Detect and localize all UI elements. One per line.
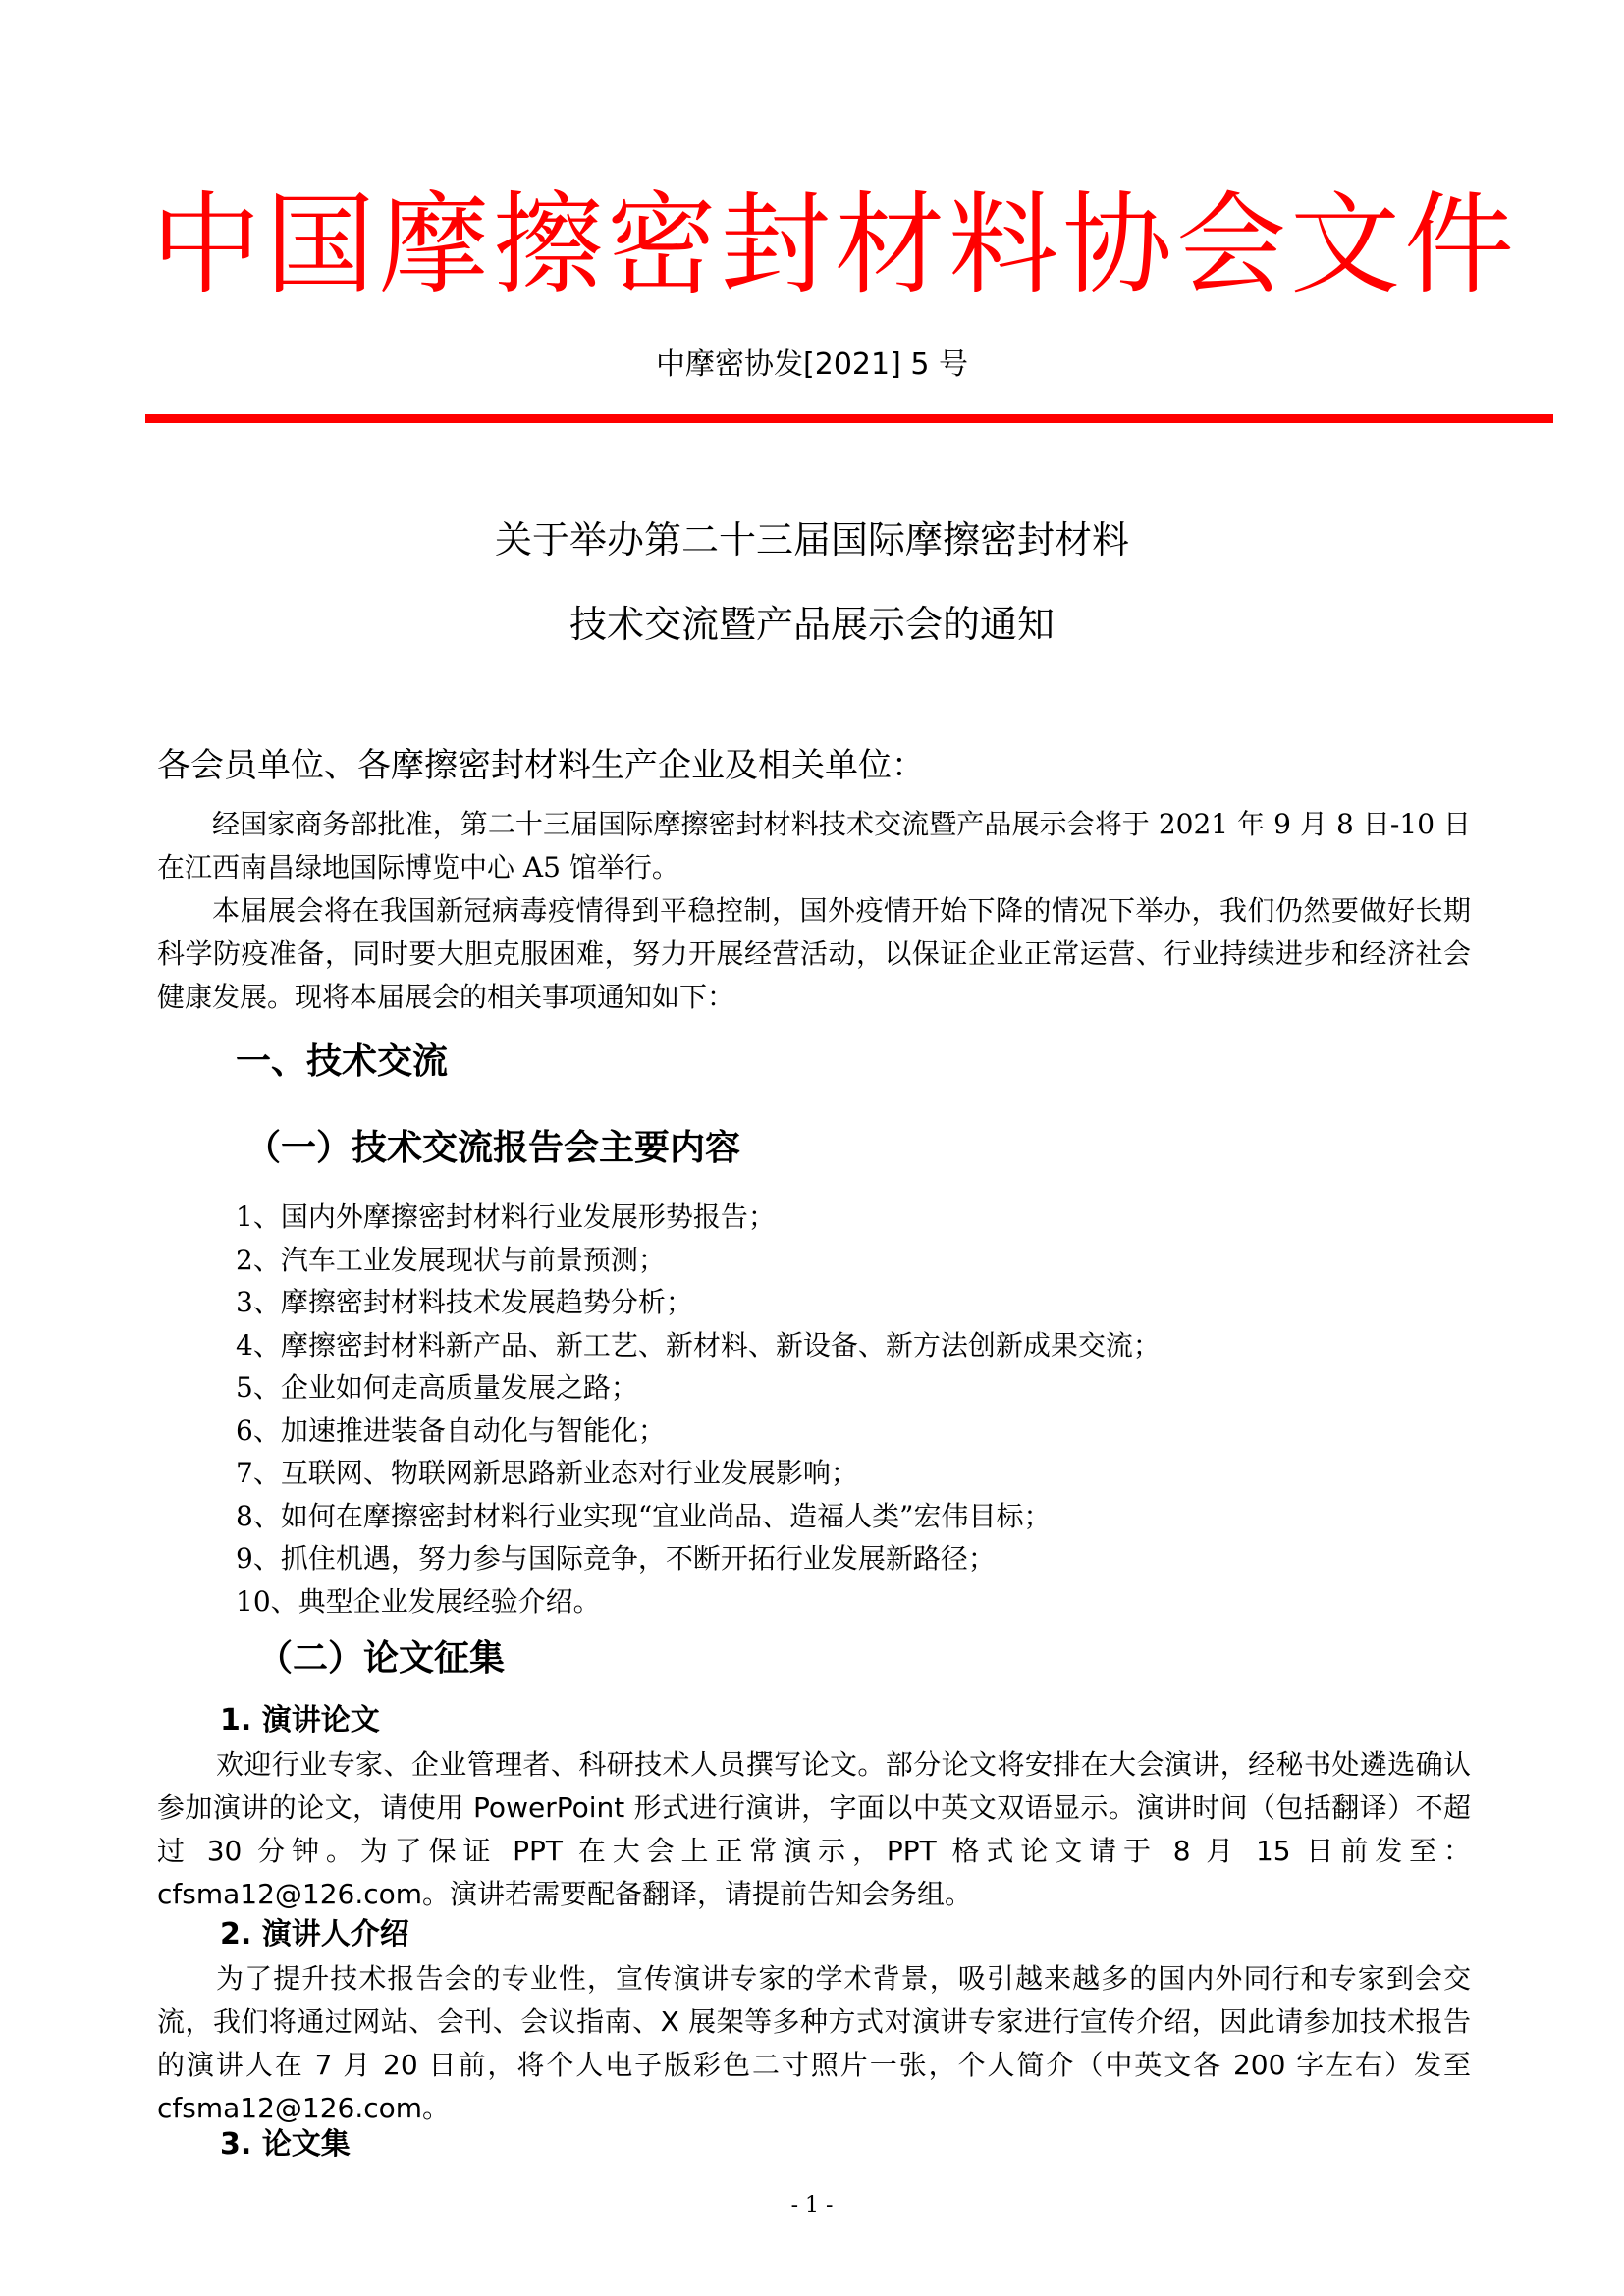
subsection-heading-report-content: （一）技术交流报告会主要内容 (245, 1125, 740, 1172)
list-item: 5、企业如何走高质量发展之路； (236, 1366, 1161, 1410)
page-number: - 1 - (0, 2191, 1624, 2220)
list-item: 7、互联网、物联网新思路新业态对行业发展影响； (236, 1452, 1161, 1495)
subsection-heading-paper-call: （二）论文征集 (257, 1635, 505, 1682)
speech-papers-body: 欢迎行业专家、企业管理者、科研技术人员撰写论文。部分论文将安排在大会演讲，经秘书… (157, 1743, 1471, 1916)
list-item: 8、如何在摩擦密封材料行业实现“宜业尚品、造福人类”宏伟目标； (236, 1495, 1161, 1538)
speaker-introduction-body: 为了提升技术报告会的专业性，宣传演讲专家的学术背景，吸引越来越多的国内外同行和专… (157, 1957, 1471, 2130)
section-heading-technical-exchange: 一、技术交流 (236, 1039, 448, 1086)
list-item: 9、抓住机遇，努力参与国际竞争，不断开拓行业发展新路径； (236, 1537, 1161, 1580)
heading-proceedings: 3. 论文集 (220, 2124, 351, 2165)
salutation: 各会员单位、各摩擦密封材料生产企业及相关单位： (157, 742, 925, 789)
report-topics-list: 1、国内外摩擦密封材料行业发展形势报告； 2、汽车工业发展现状与前景预测； 3、… (236, 1196, 1161, 1623)
intro-paragraph-1: 经国家商务部批准，第二十三届国际摩擦密封材料技术交流暨产品展示会将于 2021 … (157, 803, 1471, 889)
list-item: 1、国内外摩擦密封材料行业发展形势报告； (236, 1196, 1161, 1239)
speaker-introduction-text: 为了提升技术报告会的专业性，宣传演讲专家的学术背景，吸引越来越多的国内外同行和专… (157, 1957, 1471, 2130)
notice-title-line-1: 关于举办第二十三届国际摩擦密封材料 (0, 515, 1624, 564)
heading-speaker-introduction: 2. 演讲人介绍 (220, 1914, 409, 1955)
list-item: 3、摩擦密封材料技术发展趋势分析； (236, 1281, 1161, 1324)
speech-papers-text: 欢迎行业专家、企业管理者、科研技术人员撰写论文。部分论文将安排在大会演讲，经秘书… (157, 1743, 1471, 1916)
red-divider-rule (145, 414, 1553, 423)
notice-title-line-2: 技术交流暨产品展示会的通知 (0, 600, 1624, 649)
list-item: 2、汽车工业发展现状与前景预测； (236, 1239, 1161, 1282)
list-item: 10、典型企业发展经验介绍。 (236, 1580, 1161, 1624)
list-item: 6、加速推进装备自动化与智能化； (236, 1410, 1161, 1453)
masthead-title: 中国摩擦密封材料协会文件 (147, 177, 1522, 314)
intro-paragraphs: 经国家商务部批准，第二十三届国际摩擦密封材料技术交流暨产品展示会将于 2021 … (157, 803, 1471, 1019)
intro-paragraph-2: 本届展会将在我国新冠病毒疫情得到平稳控制，国外疫情开始下降的情况下举办，我们仍然… (157, 889, 1471, 1019)
document-number: 中摩密协发[2021] 5 号 (0, 346, 1624, 385)
heading-speech-papers: 1. 演讲论文 (220, 1700, 380, 1741)
list-item: 4、摩擦密封材料新产品、新工艺、新材料、新设备、新方法创新成果交流； (236, 1324, 1161, 1367)
